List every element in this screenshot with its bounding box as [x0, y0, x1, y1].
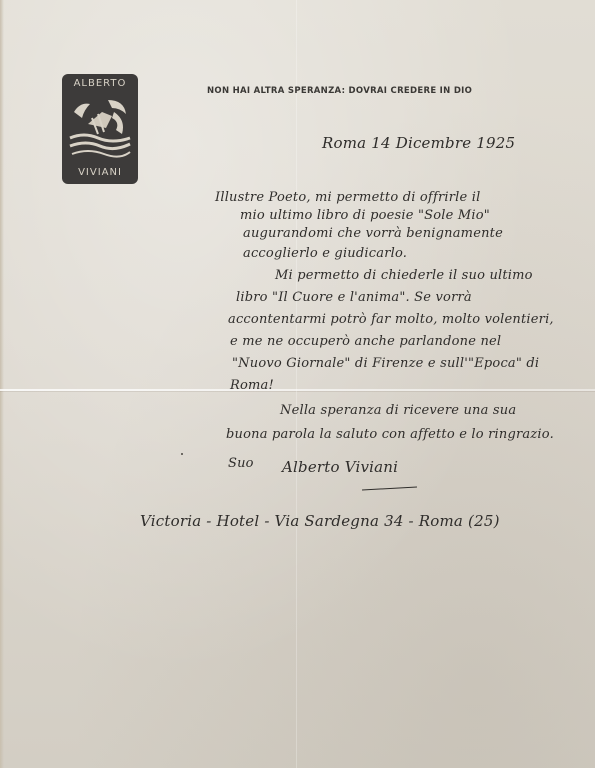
body-line: Nella speranza di ricevere una sua [280, 403, 516, 418]
body-line: buona parola la saluto con affetto e lo … [226, 427, 554, 442]
address-line: Victoria - Hotel - Via Sardegna 34 - Rom… [140, 512, 500, 530]
letter-sheet: ALBERTO VIVIANI NON HAI ALTRA SPERANZA: … [0, 0, 595, 768]
signature: Alberto Viviani [282, 458, 398, 476]
ink-speck [181, 453, 183, 455]
closing: Suo [228, 456, 254, 471]
body-line: Roma! [230, 378, 274, 393]
body-line: accontentarmi potrò far molto, molto vol… [228, 312, 554, 327]
logo-top-text: ALBERTO [62, 78, 138, 89]
body-line: mio ultimo libro di poesie "Sole Mio" [240, 208, 490, 223]
body-line: "Nuovo Giornale" di Firenze e sull'"Epoc… [232, 356, 539, 371]
body-line: libro "Il Cuore e l'anima". Se vorrà [236, 290, 472, 305]
signature-underline [362, 487, 417, 491]
body-line: accoglierlo e giudicarlo. [243, 246, 407, 261]
logo-bottom-text: VIVIANI [62, 167, 138, 178]
letterhead-logo: ALBERTO VIVIANI [62, 74, 138, 184]
vertical-fold-line [296, 0, 297, 768]
dateline: Roma 14 Dicembre 1925 [322, 134, 515, 152]
body-line: augurandomi che vorrà benignamente [243, 226, 503, 241]
body-line: e me ne occuperò anche parlandone nel [230, 334, 501, 349]
horizontal-fold-line [0, 389, 595, 391]
woodcut-figure-icon [68, 94, 132, 158]
letterhead-motto: NON HAI ALTRA SPERANZA: DOVRAI CREDERE I… [207, 86, 472, 96]
body-line: Illustre Poeto, mi permetto di offrirle … [215, 190, 480, 205]
body-line: Mi permetto di chiederle il suo ultimo [275, 268, 533, 283]
paper-edge [0, 0, 4, 768]
